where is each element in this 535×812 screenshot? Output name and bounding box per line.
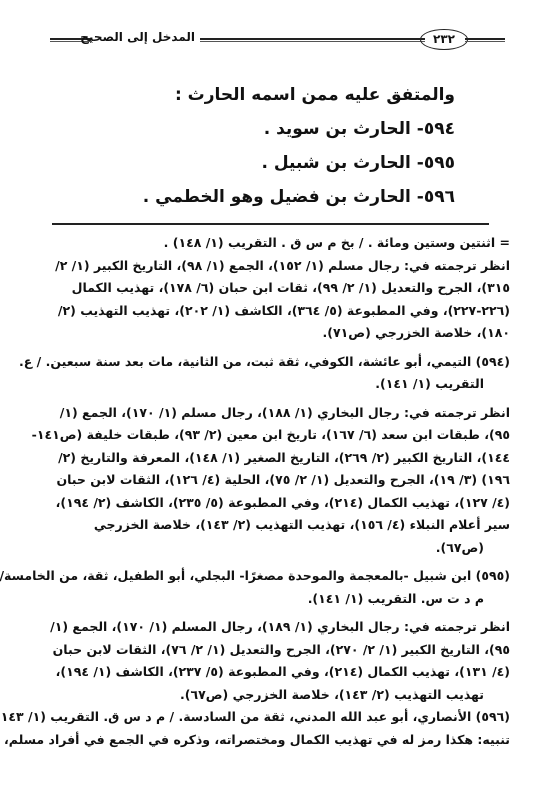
- footnote-line: ١٩٦) (٣/ ١٩)، الجرح والتعديل (١/ ٢/ ٧٥)،…: [52, 469, 510, 492]
- footnote-595: (٥٩٥) ابن شبيل -بالمعجمة والموحدة مصغرًا…: [52, 565, 510, 588]
- footnote-line: ٩٥)، طبقات ابن سعد (٦/ ١٦٧)، تاريخ ابن م…: [52, 424, 510, 447]
- footnote-line: ٣١٥)، الجرح والتعديل (١/ ٢/ ٩٩)، ثقات اب…: [52, 277, 510, 300]
- footnote-separator: [52, 223, 489, 225]
- footnote-line: (٢٢٦-٢٢٧)، وفي المطبوعة (٥/ ٣٦٤)، الكاشف…: [52, 300, 510, 323]
- header-rule-right: [465, 38, 505, 42]
- page-number-badge: ٢٣٢: [420, 29, 468, 50]
- section-intro: والمتفق عليه ممن اسمه الحارث :: [55, 78, 455, 112]
- footnote-line: ٩٥)، التاريخ الكبير (١/ ٢/ ٢٧٠)، الجرح و…: [52, 639, 510, 662]
- entry-594: ٥٩٤- الحارث بن سويد .: [55, 112, 455, 146]
- footnote-line: (ص٦٧).: [52, 537, 510, 560]
- footnotes: = اثنتين وستين ومائة . / بخ م س ق . التق…: [52, 232, 510, 751]
- footnote-line: (٤/ ١٣١)، تهذيب الكمال (٢١٤)، وفي المطبو…: [52, 661, 510, 684]
- footnote-line: = اثنتين وستين ومائة . / بخ م س ق . التق…: [52, 232, 510, 255]
- footnote-594: (٥٩٤) التيمي، أبو عائشة، الكوفي، ثقة ثبت…: [52, 351, 510, 374]
- main-text: والمتفق عليه ممن اسمه الحارث : ٥٩٤- الحا…: [55, 78, 455, 214]
- footnote-line: انظر ترجمته في: رجال البخاري (١/ ١٨٩)، ر…: [52, 616, 510, 639]
- footnote-line: انظر ترجمته في: رجال البخاري (١/ ١٨٨)، ر…: [52, 402, 510, 425]
- footnote-line: تهذيب التهذيب (٢/ ١٤٣)، خلاصة الخزرجي (ص…: [52, 684, 510, 707]
- entry-595: ٥٩٥- الحارث بن شبيل .: [55, 146, 455, 180]
- footnote-596: (٥٩٦) الأنصاري، أبو عبد الله المدني، ثقة…: [52, 706, 510, 729]
- footnote-line: ١٤٤)، التاريخ الكبير (٢/ ٢٦٩)، التاريخ ا…: [52, 447, 510, 470]
- footnote-line: سير أعلام النبلاء (٤/ ١٥٦)، تهذيب التهذي…: [52, 514, 510, 537]
- footnote-line: م د ت س. التقريب (١/ ١٤١).: [52, 588, 510, 611]
- running-title: المدخل إلى الصحيح: [100, 30, 195, 44]
- book-page: المدخل إلى الصحيح ٢٣٢ والمتفق عليه ممن ا…: [0, 0, 535, 812]
- entry-596: ٥٩٦- الحارث بن فضيل وهو الخطمي .: [55, 180, 455, 214]
- footnote-line: ١٨٠)، خلاصة الخزرجي (ص٧١).: [52, 322, 510, 345]
- footnote-line: (٤/ ١٢٧)، تهذيب الكمال (٢١٤)، وفي المطبو…: [52, 492, 510, 515]
- header-rule-middle: [200, 38, 425, 42]
- footnote-line: تنبيه: هكذا رمز له في تهذيب الكمال ومختص…: [52, 729, 510, 752]
- footnote-line: التقريب (١/ ١٤١).: [52, 373, 510, 396]
- footnote-line: انظر ترجمته في: رجال مسلم (١/ ١٥٢)، الجم…: [52, 255, 510, 278]
- page-header: المدخل إلى الصحيح ٢٣٢: [50, 28, 475, 52]
